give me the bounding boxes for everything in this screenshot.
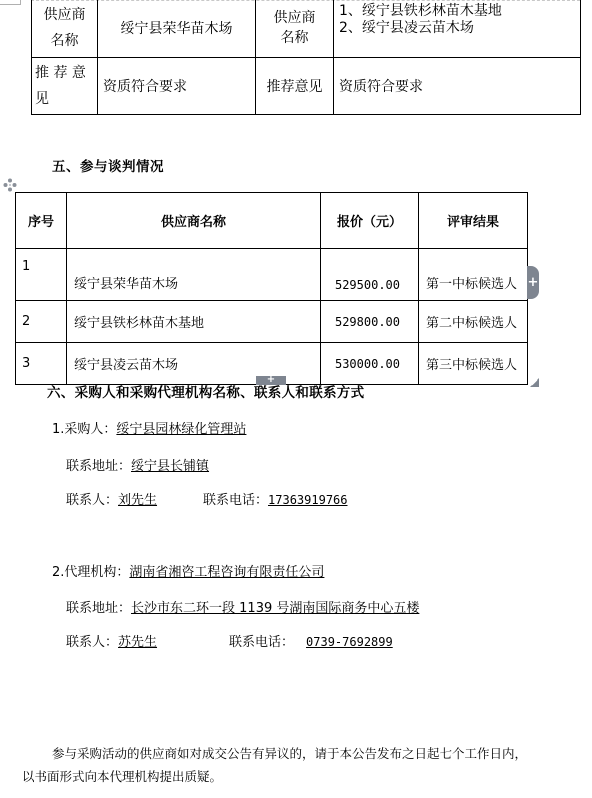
quote-price: 529500.00 [321, 249, 419, 301]
supplier-name-list: 1、绥宁县铁杉林苗木基地 2、绥宁县凌云苗木场 [334, 0, 581, 58]
phone-label: 联系电话： [203, 493, 268, 508]
purchaser-phone: 17363919766 [268, 493, 347, 507]
label-line: 供应商 [256, 8, 333, 28]
add-column-button[interactable]: + [527, 266, 539, 299]
contact-label: 联系人： [66, 493, 118, 508]
recommendation-value: 资质符合要求 [334, 58, 581, 115]
purchaser-phone-line: 联系电话：17363919766 [203, 489, 348, 508]
address-label: 联系地址： [66, 459, 131, 474]
quote-price: 529800.00 [321, 301, 419, 343]
plus-icon: + [528, 275, 539, 290]
row-number: 1 [16, 249, 67, 301]
row-number: 3 [16, 343, 67, 385]
supplier-name: 绥宁县铁杉林苗木基地 [67, 301, 321, 343]
column-header-supplier: 供应商名称 [67, 193, 321, 249]
supplier-name-label: 供应商 名称 [32, 0, 98, 58]
row-number: 2 [16, 301, 67, 343]
quote-price: 530000.00 [321, 343, 419, 385]
label-line: 供应商 [32, 2, 97, 28]
purchaser-contact: 刘先生 [118, 493, 157, 508]
negotiation-table: 序号 供应商名称 报价（元） 评审结果 1 绥宁县荣华苗木场 529500.00… [15, 192, 528, 385]
agency-contact-line: 联系人：苏先生 [66, 631, 185, 650]
supplier-list-item: 1、绥宁县铁杉林苗木基地 [339, 3, 580, 20]
agency-label: 2.代理机构： [52, 565, 129, 580]
agency-address: 长沙市东二环一段 1139 号湖南国际商务中心五楼 [131, 601, 419, 616]
table-row: 推 荐 意 见 资质符合要求 推荐意见 资质符合要求 [32, 58, 581, 115]
table-row: 1 绥宁县荣华苗木场 529500.00 第一中标候选人 [16, 249, 528, 301]
recommendation-label: 推荐意见 [256, 58, 334, 115]
agency-contact: 苏先生 [118, 635, 185, 650]
supplier-name: 绥宁县荣华苗木场 [67, 249, 321, 301]
purchaser-name: 绥宁县园林绿化管理站 [116, 422, 246, 437]
table-row: 2 绥宁县铁杉林苗木基地 529800.00 第二中标候选人 [16, 301, 528, 343]
label-line: 推 荐 意 [35, 60, 97, 86]
recommendation-label: 推 荐 意 见 [32, 58, 98, 115]
supplier-name-value: 绥宁县荣华苗木场 [98, 0, 256, 58]
table-header-row: 序号 供应商名称 报价（元） 评审结果 [16, 193, 528, 249]
purchaser-address-line: 联系地址：绥宁县长铺镇 [66, 455, 209, 474]
purchaser-contact-line: 联系人：刘先生 [66, 489, 157, 508]
move-handle-icon[interactable] [3, 178, 17, 192]
agency-address-line: 联系地址：长沙市东二环一段 1139 号湖南国际商务中心五楼 [66, 597, 419, 616]
agency-phone: 0739-7692899 [294, 635, 405, 649]
purchaser-label: 1.采购人： [52, 422, 116, 437]
label-line: 名称 [32, 28, 97, 54]
label-line: 见 [35, 86, 97, 112]
section-heading: 六、采购人和采购代理机构名称、联系人和联系方式 [47, 381, 364, 401]
resize-handle-icon[interactable] [530, 378, 539, 387]
column-header-result: 评审结果 [419, 193, 528, 249]
evaluation-result: 第三中标候选人 [419, 343, 528, 385]
contact-label: 联系人： [66, 635, 118, 650]
address-label: 联系地址： [66, 601, 131, 616]
evaluation-result: 第一中标候选人 [419, 249, 528, 301]
phone-label: 联系电话： [229, 635, 294, 650]
agency-name: 湖南省湘咨工程咨询有限责任公司 [129, 565, 352, 580]
notice-paragraph-line1: 参与采购活动的供应商如对成交公告有异议的，请于本公告发布之日起七个工作日内， [52, 744, 527, 762]
supplier-name-label: 供应商 名称 [256, 0, 334, 58]
supplier-list-item: 2、绥宁县凌云苗木场 [339, 20, 580, 37]
page-corner-mark [0, 0, 21, 5]
evaluation-table: 供应商 名称 绥宁县荣华苗木场 供应商 名称 1、绥宁县铁杉林苗木基地 2、绥宁… [31, 0, 581, 115]
agency-phone-line: 联系电话：0739-7692899 [229, 631, 405, 650]
column-header-no: 序号 [16, 193, 67, 249]
purchaser-line: 1.采购人：绥宁县园林绿化管理站 [52, 418, 246, 437]
notice-paragraph-line2: 以书面形式向本代理机构提出质疑。 [22, 767, 222, 785]
purchaser-address: 绥宁县长铺镇 [131, 459, 209, 474]
table-row: 供应商 名称 绥宁县荣华苗木场 供应商 名称 1、绥宁县铁杉林苗木基地 2、绥宁… [32, 0, 581, 58]
evaluation-result: 第二中标候选人 [419, 301, 528, 343]
section-heading: 五、参与谈判情况 [52, 155, 164, 175]
column-header-price: 报价（元） [321, 193, 419, 249]
agency-line: 2.代理机构：湖南省湘咨工程咨询有限责任公司 [52, 561, 352, 580]
recommendation-value: 资质符合要求 [98, 58, 256, 115]
label-line: 名称 [256, 28, 333, 48]
